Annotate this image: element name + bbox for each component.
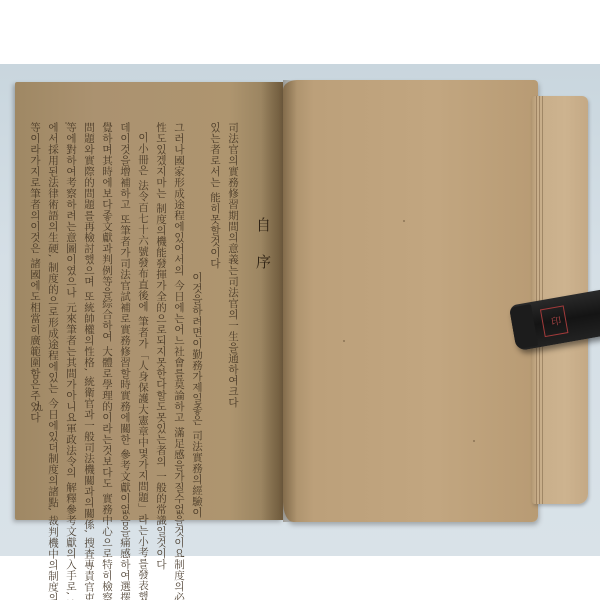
right-page-blank bbox=[283, 80, 538, 522]
text-column: 에서採用된法律術語의生硬, 制度的으로形成途程에있는 今日에있더制度의諸點, 裁… bbox=[45, 122, 60, 502]
paper-speck bbox=[65, 122, 67, 124]
text-column: 司法官의實務修習期間의意義는司法官의一生을通하여크다 bbox=[225, 122, 240, 502]
text-column: 等에對하여考察하려는意圖이였으나 元來筆者는其間가아니요軍政法令의 解釋參考文獻… bbox=[63, 122, 78, 502]
text-column: 있는者로서는 能히못할것이다 bbox=[207, 122, 222, 502]
preface-title: 自序 bbox=[253, 217, 274, 291]
seal-mark-icon: 印 bbox=[540, 305, 568, 337]
text-columns: 司法官의實務修習期間의意義는司法官의一生을通하여크다 있는者로서는 能히못할것이… bbox=[40, 122, 240, 502]
paper-speck bbox=[175, 172, 177, 174]
text-column: 이小冊은 法令百七十六號發布直後에 筆者가「人身保護大憲章中몇가지問題」라는小考… bbox=[135, 132, 150, 502]
text-column: 問題와實際的問題를再檢討했으며 또統帥權의性格, 統衛官과一般司法機關과의關係,… bbox=[81, 122, 96, 502]
text-column: 等이라가지로筆者의이것은 諸國에도相當히廣範圍함은주었다 bbox=[27, 122, 42, 502]
text-column: 데이것을增補하고 또筆者가司法官試補로實務修習할時實務에關한 參考文獻이없음을痛… bbox=[117, 122, 132, 502]
page-number: 九 bbox=[35, 402, 43, 413]
text-column: 性도있겠지마는 制度의機能發揮가全的으로되지못한다할도못있는者의 一般的常識일것… bbox=[153, 122, 168, 502]
text-column: 이것을하려면이勤務가제일좋은 司法實務의經驗이 bbox=[189, 272, 204, 502]
paper-speck bbox=[343, 340, 345, 342]
text-column: 覺하며其時에보다좋文獻과判例等을綜合하여 大體로學理的이라는것보다도 實務中心으… bbox=[99, 122, 114, 502]
paper-speck bbox=[403, 220, 405, 222]
text-column: 그러나國家形成途程에있어서의 今日에는어느社會를莫論하고 滿足感을가질수없을것이… bbox=[171, 122, 186, 502]
paper-speck bbox=[473, 440, 475, 442]
left-page: 自序 司法官의實務修習期間의意義는司法官의一生을通하여크다 있는者로서는 能히못… bbox=[15, 82, 283, 520]
